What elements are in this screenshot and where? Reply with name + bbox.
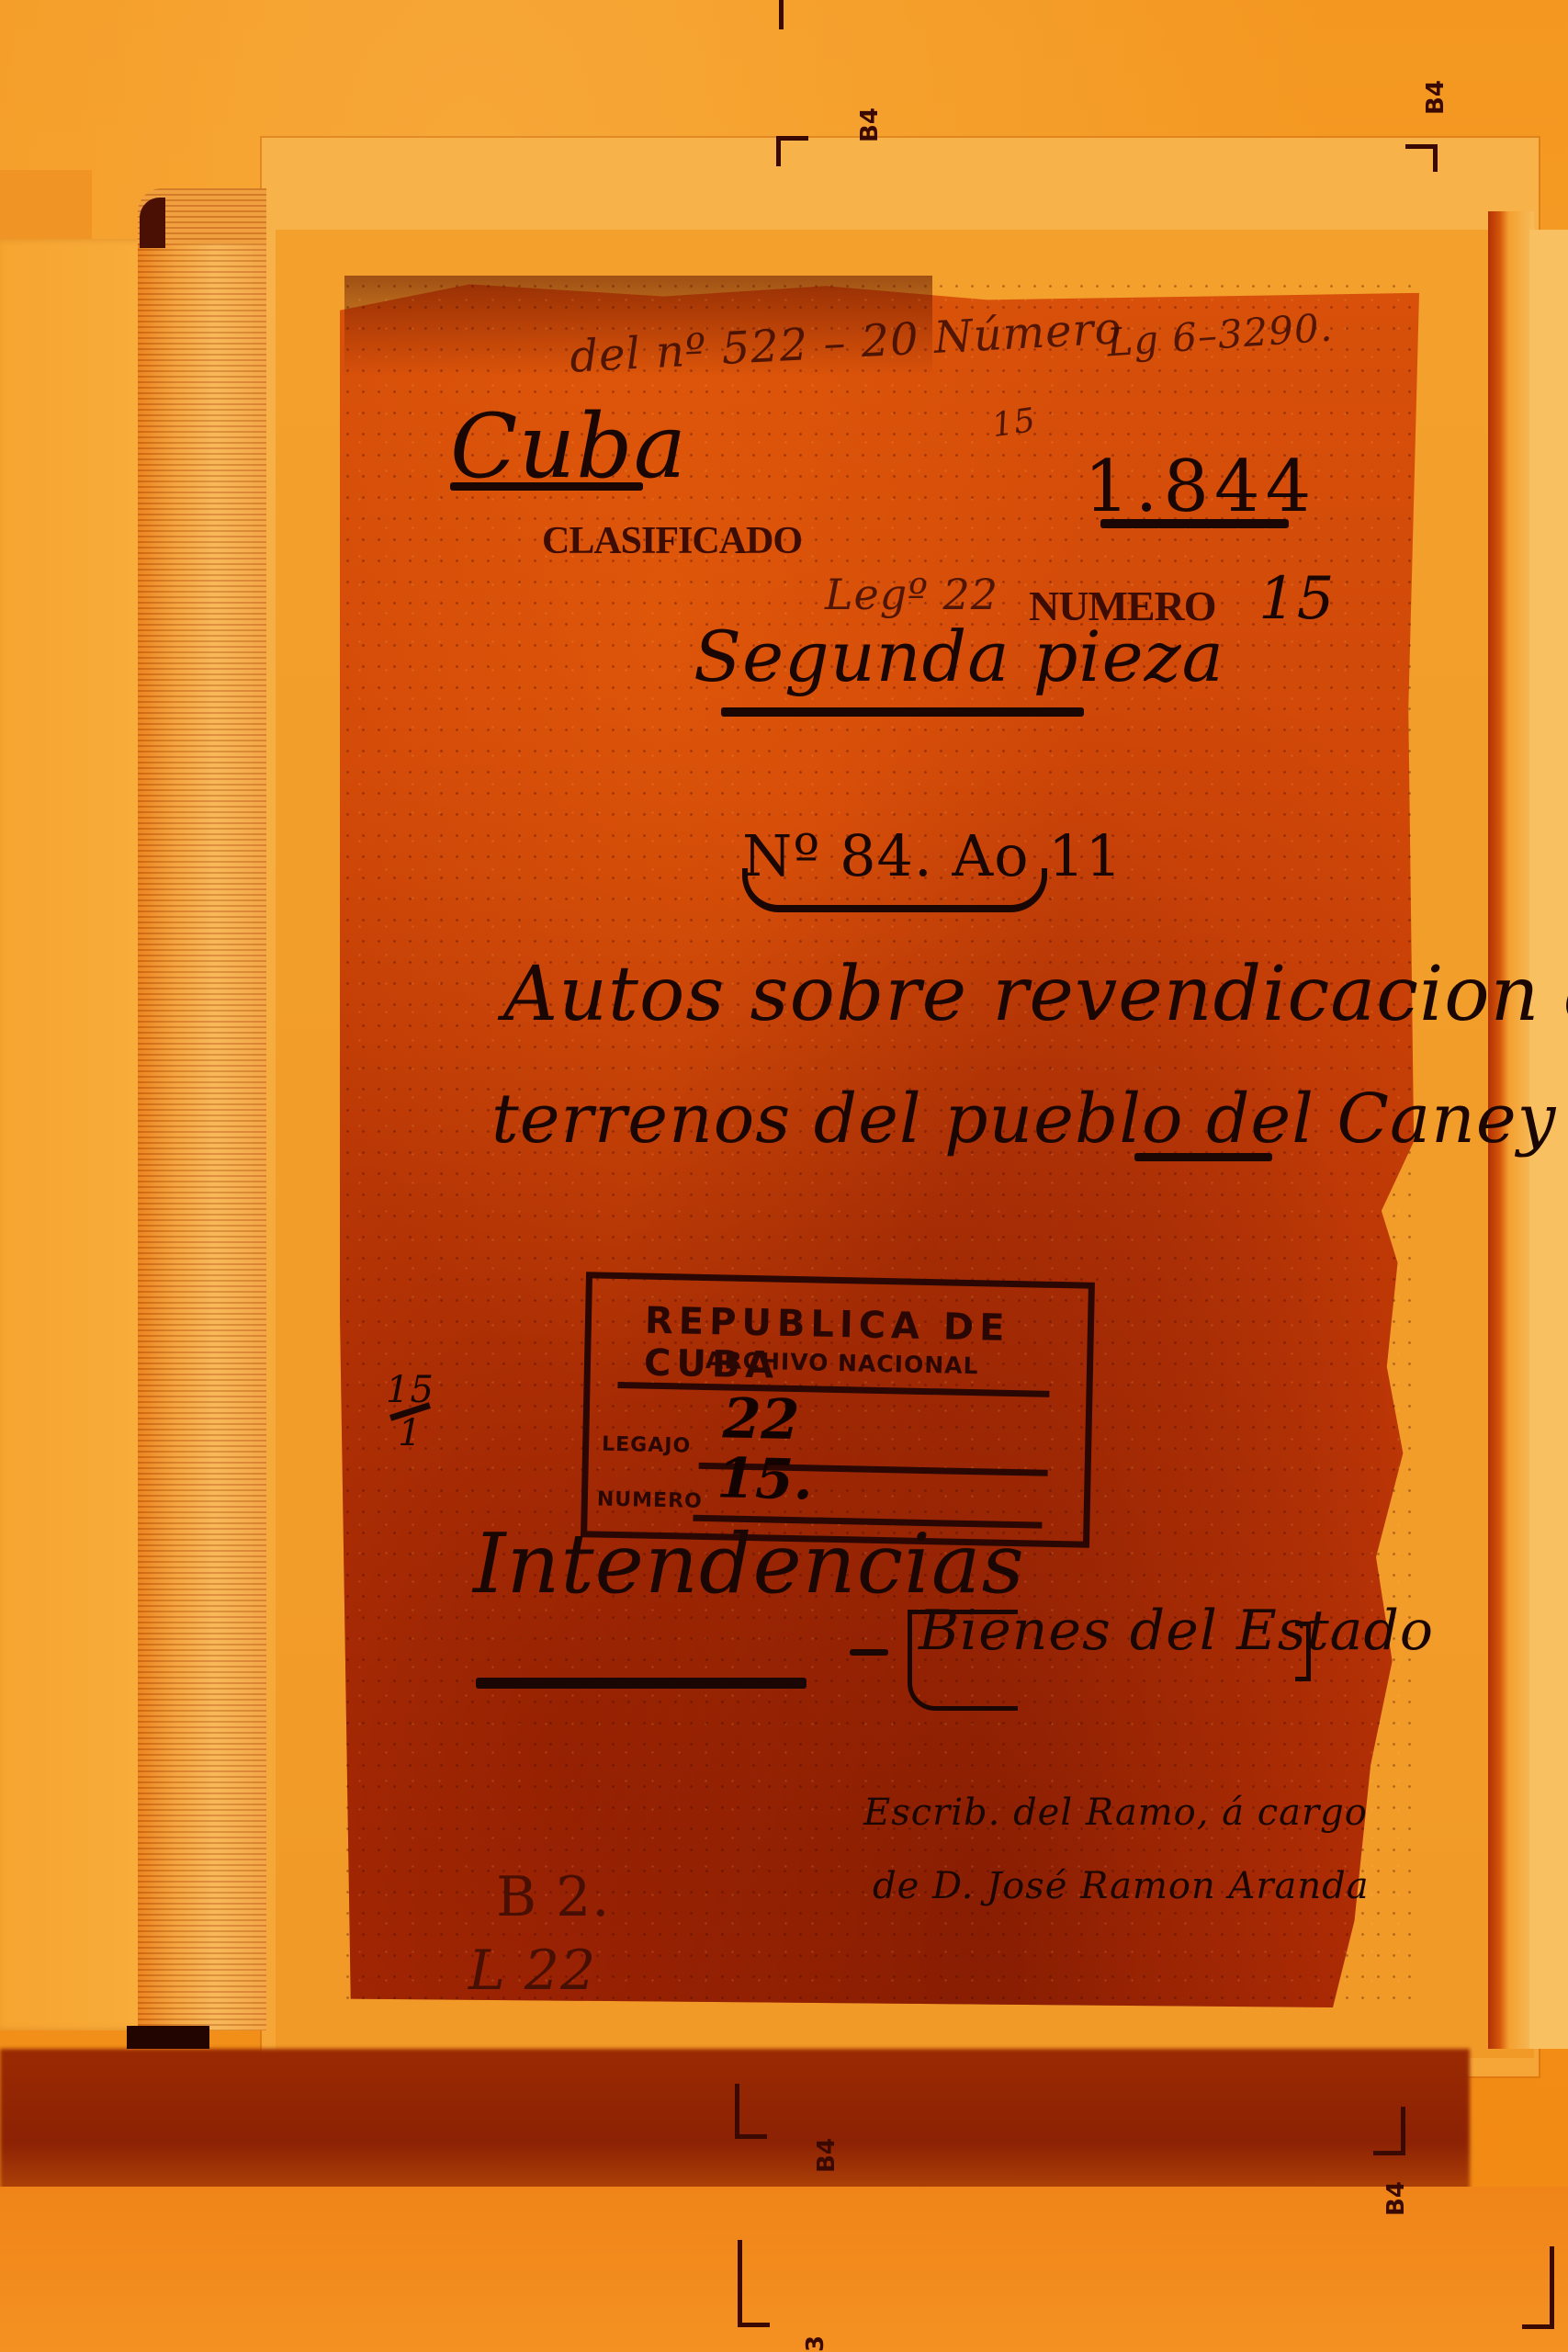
crop-label-top-right: B4 xyxy=(1422,80,1450,115)
binding-gauze-strip xyxy=(138,243,266,2030)
title-line-2: terrenos del pueblo del Caney xyxy=(491,1080,1556,1159)
crop-label-top-left: B4 xyxy=(856,107,884,142)
classified-stamp: CLASIFICADO xyxy=(542,519,802,563)
crop-mark-bottom-right xyxy=(1373,2107,1405,2155)
sub-number-note: 15 xyxy=(989,401,1038,445)
crop-mark-top-left xyxy=(776,136,808,166)
shelf-mark-line-1: B 2. xyxy=(496,1865,610,1929)
title-line-1: Autos sobre revendicacion de los xyxy=(503,951,1568,1038)
numero-value: 15 xyxy=(1258,565,1335,633)
left-flap-corner xyxy=(0,170,92,243)
crop-mark-top-right xyxy=(1405,144,1438,172)
piece-underline xyxy=(721,707,1084,717)
archive-stamp: REPUBLICA DE CUBA ARCHIVO NACIONAL LEGAJ… xyxy=(581,1272,1095,1548)
custody-note-line-1: Escrib. del Ramo, á cargo xyxy=(863,1792,1368,1834)
file-number-brace xyxy=(742,868,1047,912)
binding-spine-top xyxy=(140,198,165,248)
title-end-flourish xyxy=(1134,1153,1272,1161)
crop-label-bottom-left: B4 xyxy=(813,2138,840,2173)
margin-fraction-note: 15 1 xyxy=(386,1374,434,1450)
year-heading: 1.844 xyxy=(1084,446,1316,528)
stamp-legajo-label: LEGAJO xyxy=(602,1433,692,1458)
lower-paper-area xyxy=(0,2187,1568,2352)
section-underline xyxy=(476,1678,807,1689)
shelf-mark-line-2: L 22 xyxy=(468,1939,596,2003)
year-underline xyxy=(1100,519,1289,528)
section-dash xyxy=(850,1649,888,1656)
custody-note-line-2: de D. José Ramon Aranda xyxy=(873,1865,1370,1907)
stamp-subtitle: ARCHIVO NACIONAL xyxy=(705,1347,979,1379)
crop-label-lower-left: 3 xyxy=(802,2335,829,2352)
crop-mark-lower-left xyxy=(738,2240,770,2327)
stamp-numero-value: 15. xyxy=(716,1446,814,1512)
subsection-label: Bienes del Estado xyxy=(919,1599,1434,1663)
stamp-legajo-value: 22 xyxy=(722,1386,800,1453)
legajo-note: Legº 22 xyxy=(825,570,998,619)
binding-spine-bottom xyxy=(127,2026,209,2049)
crop-mark-top-tick xyxy=(779,0,784,29)
country-underline xyxy=(450,482,643,491)
crop-label-bottom-right: B4 xyxy=(1382,2181,1410,2216)
stamp-numero-label: NUMERO xyxy=(597,1488,703,1513)
margin-denominator: 1 xyxy=(398,1412,422,1454)
subsection-close-bracket xyxy=(1295,1622,1311,1681)
crop-mark-bottom-left xyxy=(735,2084,767,2139)
piece-label: Segunda pieza xyxy=(694,616,1224,697)
crop-mark-lower-right xyxy=(1522,2246,1554,2329)
